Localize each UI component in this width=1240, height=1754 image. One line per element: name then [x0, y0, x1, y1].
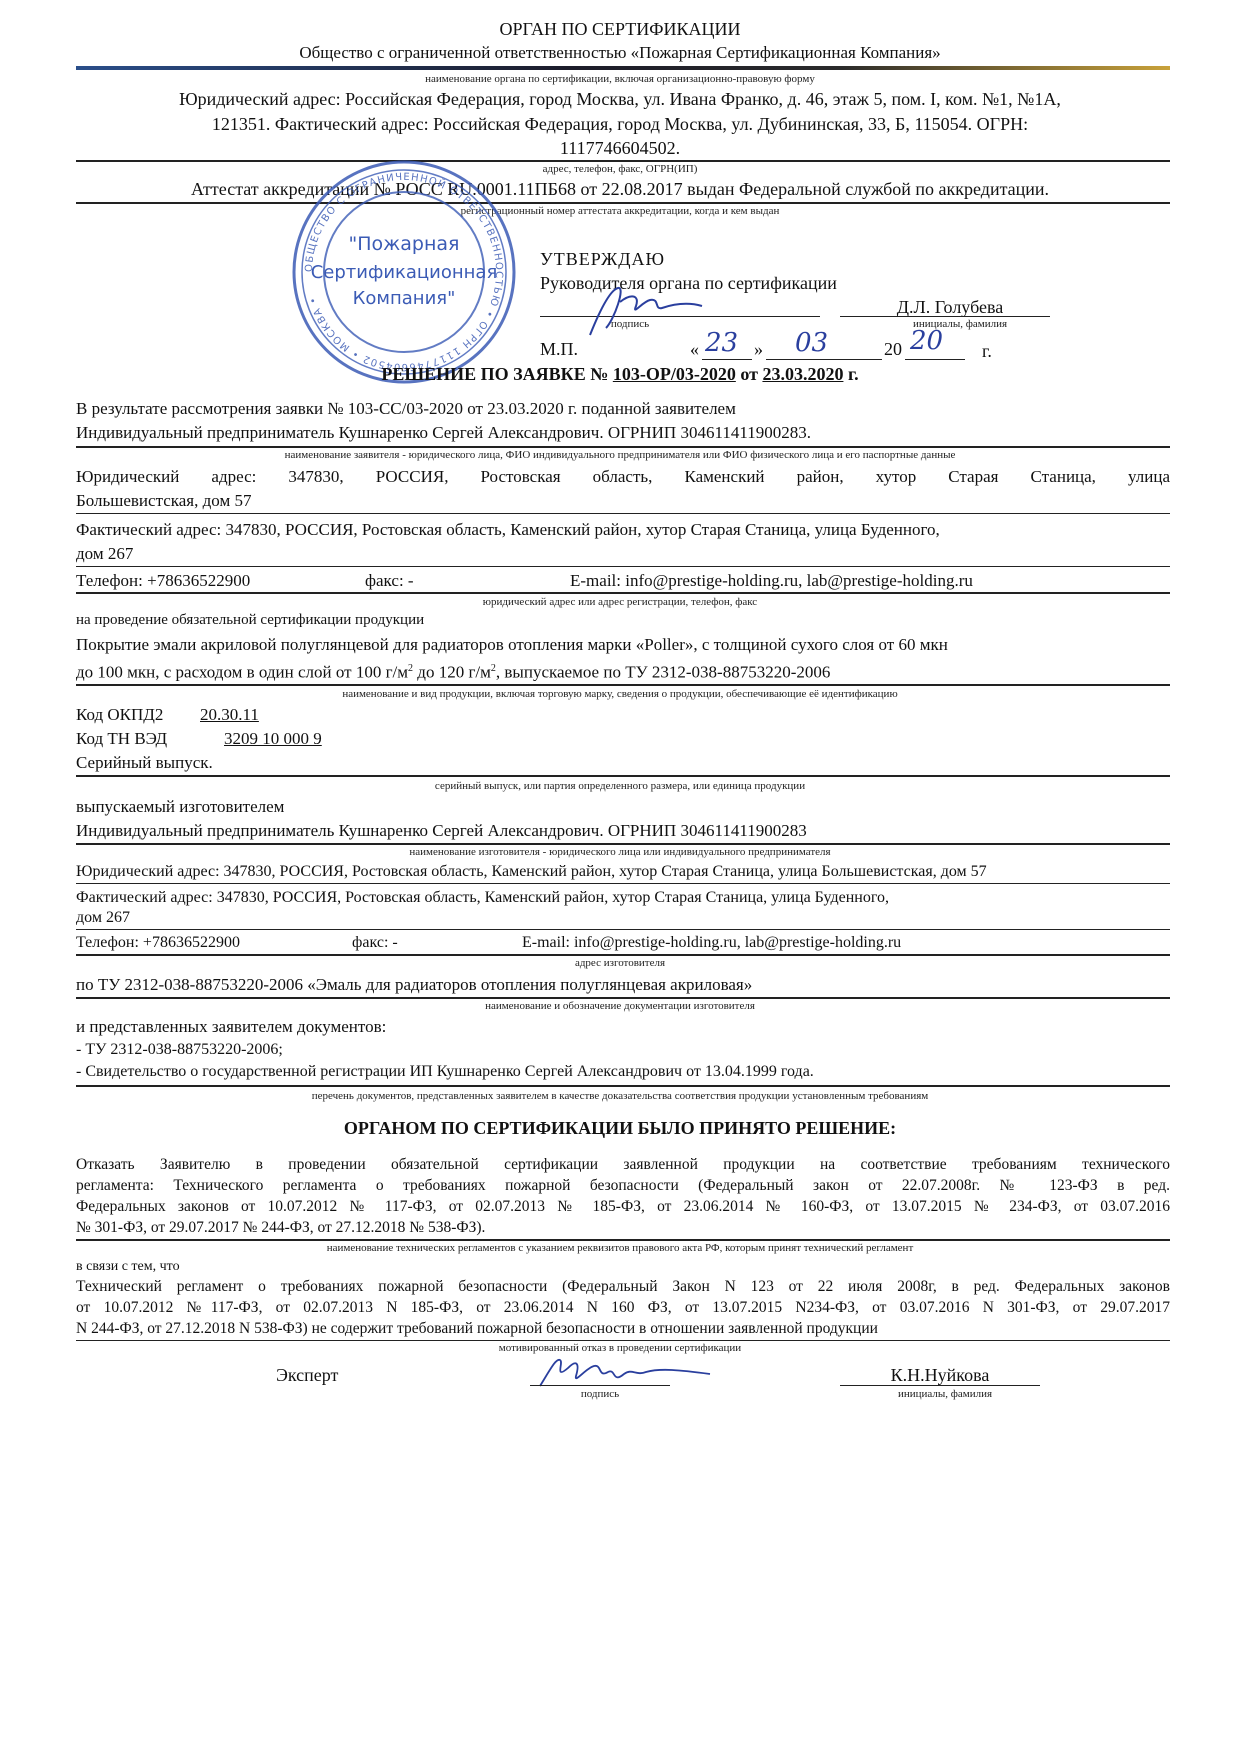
decision-text: Федеральных законов от 10.07.2012 № 117-… — [76, 1198, 1170, 1216]
caption: наименование технических регламентов с у… — [0, 1242, 1240, 1254]
caption: регистрационный номер аттестата аккредит… — [0, 205, 1240, 217]
caption: инициалы, фамилия — [880, 1388, 1010, 1400]
issuer-org-name: Общество с ограниченной ответственностью… — [0, 42, 1240, 63]
approval-year: 20 — [910, 326, 943, 356]
okpd-label: Код ОКПД2 — [76, 704, 163, 725]
rule — [76, 513, 1170, 514]
caption: юридический адрес или адрес регистрации,… — [0, 596, 1240, 608]
decision-date: 23.03.2020 — [762, 364, 843, 384]
year-line — [905, 359, 965, 360]
approve-label: УТВЕРЖДАЮ — [540, 248, 665, 270]
caption: наименование заявителя - юридического ли… — [0, 449, 1240, 461]
release-type: Серийный выпуск. — [76, 752, 213, 773]
decision-title-from: от — [740, 364, 758, 384]
applicant-phone: Телефон: +78636522900 — [76, 570, 250, 591]
reason-text: от 10.07.2012 №117-ФЗ, от 02.07.2013 N 1… — [76, 1299, 1170, 1317]
applicant-legal-address-cont: Большевистская, дом 57 — [76, 490, 251, 511]
name-line — [840, 316, 1050, 317]
decision-text: регламента: Технического регламента о тр… — [76, 1177, 1170, 1195]
issuer-address-line: Юридический адрес: Российская Федерация,… — [0, 88, 1240, 110]
product-intro: на проведение обязательной сертификации … — [76, 612, 424, 629]
applicant-actual-address-cont: дом 267 — [76, 543, 133, 564]
caption: адрес, телефон, факс, ОГРН(ИП) — [0, 163, 1240, 175]
tnved-label: Код ТН ВЭД — [76, 728, 167, 749]
issuer-ogrn: 1117746604502. — [0, 137, 1240, 159]
issuer-heading: ОРГАН ПО СЕРТИФИКАЦИИ — [0, 18, 1240, 40]
caption: подпись — [560, 1388, 640, 1400]
rule — [76, 566, 1170, 567]
applicant-intro: В результате рассмотрения заявки № 103-С… — [76, 398, 736, 419]
applicant-email: E-mail: info@prestige-holding.ru, lab@pr… — [570, 570, 973, 591]
quote-close: » — [754, 338, 763, 360]
issuer-address-line: 121351. Фактический адрес: Российская Фе… — [0, 113, 1240, 135]
documents-intro: и представленных заявителем документов: — [76, 1016, 386, 1037]
tnved-value: 3209 10 000 9 — [224, 728, 322, 749]
day-line — [702, 359, 752, 360]
decision-title: РЕШЕНИЕ ПО ЗАЯВКЕ № 103-ОР/03-2020 от 23… — [0, 364, 1240, 385]
rule — [76, 202, 1170, 204]
decision-text: Отказать Заявителю в проведении обязател… — [76, 1156, 1170, 1174]
document-item: - Свидетельство о государственной регист… — [76, 1062, 814, 1082]
mp-label: М.П. — [540, 338, 578, 360]
manufacturer-fax: факс: - — [352, 933, 398, 953]
decision-title-suffix: г. — [848, 364, 859, 384]
rule — [76, 929, 1170, 930]
document-item: - ТУ 2312-038-88753220-2006; — [76, 1040, 283, 1060]
expert-name: К.Н.Нуйкова — [840, 1364, 1040, 1386]
manufacturer-actual-address-cont: дом 267 — [76, 908, 130, 928]
svg-text:"Пожарная: "Пожарная — [349, 233, 460, 255]
caption: адрес изготовителя — [0, 957, 1240, 969]
manufacturer-name: Индивидуальный предприниматель Кушнаренк… — [76, 820, 807, 841]
company-seal-icon: ОБЩЕСТВО С ОГРАНИЧЕННОЙ ОТВЕТСТВЕННОСТЬЮ… — [290, 158, 518, 386]
applicant-actual-address: Фактический адрес: 347830, РОССИЯ, Росто… — [76, 519, 940, 540]
caption: наименование органа по сертификации, вкл… — [0, 73, 1240, 85]
manufacturer-legal-address: Юридический адрес: 347830, РОССИЯ, Росто… — [76, 862, 987, 882]
decision-heading: ОРГАНОМ ПО СЕРТИФИКАЦИИ БЫЛО ПРИНЯТО РЕШ… — [0, 1118, 1240, 1139]
tricolor-rule — [76, 66, 1170, 70]
rule — [76, 160, 1170, 162]
rule — [76, 843, 1170, 845]
caption: подпись — [590, 318, 670, 330]
rule — [76, 592, 1170, 594]
manufacturer-intro: выпускаемый изготовителем — [76, 796, 284, 817]
reason-text: Технический регламент о требованиях пожа… — [76, 1278, 1170, 1296]
svg-text:Сертификационная: Сертификационная — [311, 262, 498, 283]
rule — [76, 883, 1170, 884]
expert-name-line — [840, 1385, 1040, 1386]
rule — [76, 997, 1170, 999]
approval-month: 03 — [795, 328, 828, 358]
caption: наименование и обозначение документации … — [0, 1000, 1240, 1012]
rule — [76, 1340, 1170, 1341]
svg-text:Компания": Компания" — [353, 288, 456, 309]
product-description-cont: до 100 мкн, с расходом в один слой от 10… — [76, 658, 830, 683]
approver-name: Д.Л. Голубева — [850, 296, 1050, 318]
manufacturer-actual-address: Фактический адрес: 347830, РОССИЯ, Росто… — [76, 888, 889, 908]
expert-label: Эксперт — [276, 1364, 338, 1386]
applicant-fax: факс: - — [365, 570, 414, 591]
applicant-legal-address: Юридический адрес: 347830, РОССИЯ, Росто… — [76, 466, 1170, 487]
decision-number: 103-ОР/03-2020 — [613, 364, 736, 384]
manufacturer-phone: Телефон: +78636522900 — [76, 933, 240, 953]
manufacturer-doc: по ТУ 2312-038-88753220-2006 «Эмаль для … — [76, 974, 752, 995]
caption: наименование и вид продукции, включая то… — [0, 688, 1240, 700]
applicant-name: Индивидуальный предприниматель Кушнаренк… — [76, 422, 811, 443]
manufacturer-email: E-mail: info@prestige-holding.ru, lab@pr… — [522, 933, 901, 953]
expert-signature-line — [530, 1385, 670, 1386]
rule — [76, 446, 1170, 448]
accreditation-line: Аттестат аккредитации № РОСС RU.0001.11П… — [0, 178, 1240, 200]
rule — [76, 775, 1170, 777]
caption: перечень документов, представленных заяв… — [0, 1090, 1240, 1102]
reason-intro: в связи с тем, что — [76, 1259, 180, 1275]
rule — [76, 954, 1170, 956]
caption: серийный выпуск, или партия определенног… — [0, 780, 1240, 792]
quote-open: « — [690, 338, 699, 360]
product-description: Покрытие эмали акриловой полуглянцевой д… — [76, 634, 948, 655]
approver-signature-icon — [570, 280, 710, 340]
decision-title-prefix: РЕШЕНИЕ ПО ЗАЯВКЕ № — [381, 364, 608, 384]
rule — [76, 1085, 1170, 1087]
year-end: г. — [982, 340, 992, 362]
reason-text: N 244-ФЗ, от 27.12.2018 N 538-ФЗ) не сод… — [76, 1320, 878, 1338]
approval-day: 23 — [705, 328, 738, 358]
month-line — [766, 359, 882, 360]
caption: наименование изготовителя - юридического… — [0, 846, 1240, 858]
decision-text: № 301-ФЗ, от 29.07.2017 № 244-ФЗ, от 27.… — [76, 1219, 485, 1237]
year-prefix: 20 — [884, 338, 902, 360]
rule — [76, 684, 1170, 686]
rule — [76, 1239, 1170, 1241]
okpd-value: 20.30.11 — [200, 704, 259, 725]
